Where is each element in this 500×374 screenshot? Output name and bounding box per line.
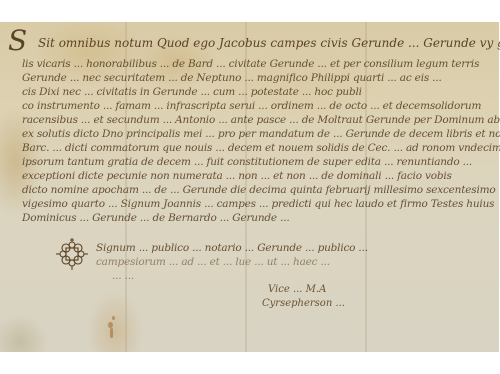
manuscript-line: racensibus ... et secundum ... Antonio .… [22,114,500,126]
notary-signum-icon [56,238,88,270]
rust-stain [112,316,115,320]
manuscript-line: dicto nomine apocham ... de ... Gerunde … [22,184,496,196]
manuscript-line: vigesimo quarto ... Signum Joannis ... c… [22,198,494,210]
manuscript-line: Barc. ... dicti commatorum que nouis ...… [22,142,500,154]
manuscript-line: co instrumento ... famam ... infrascript… [22,100,481,112]
parchment-document: S Sit omnibus notum Quod ego Jacobus cam… [0,22,499,352]
manuscript-line: ex solutis dicto Dno principalis mei ...… [22,128,500,140]
manuscript-line: lis vicaris ... honorabilibus ... de Bar… [22,58,479,70]
manuscript-line: ipsorum tantum gratia de decem ... fuit … [22,156,472,168]
decorated-initial: S [8,24,27,57]
signature: Cyrsepherson ... [262,298,345,309]
manuscript-line: Gerunde ... nec securitatem ... de Neptu… [22,72,442,84]
signature: Vice ... M.A [268,284,326,295]
manuscript-line: cis Dixi nec ... civitatis in Gerunde ..… [22,86,362,98]
page: S Sit omnibus notum Quod ego Jacobus cam… [0,0,500,374]
notarial-line: Signum ... publico ... notario ... Gerun… [96,242,368,254]
manuscript-line: exceptioni dicte pecunie non numerata ..… [22,170,452,182]
rust-stain [110,328,113,338]
notarial-line: campesiorum ... ad ... et ... lue ... ut… [96,256,330,268]
manuscript-line: Sit omnibus notum Quod ego Jacobus campe… [38,36,500,50]
manuscript-line: Dominicus ... Gerunde ... de Bernardo ..… [22,212,290,224]
notarial-line: ... ... [112,270,134,282]
